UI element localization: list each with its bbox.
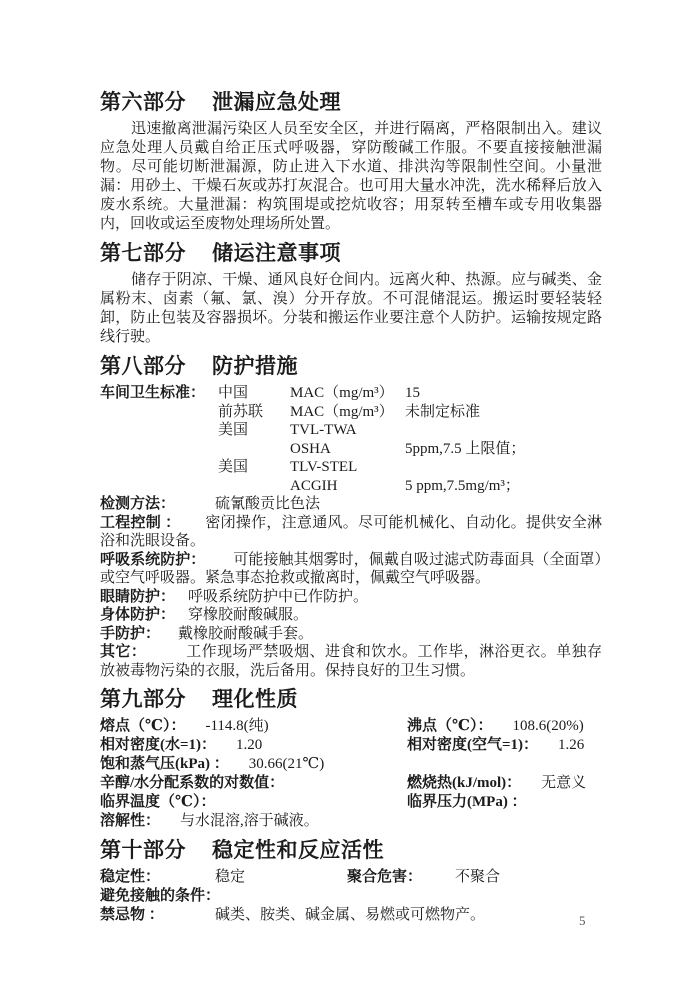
incompatibles-label: 禁忌物 ： <box>100 906 215 925</box>
property-value: 1.20 <box>236 737 262 753</box>
section-8-heading: 第八部分防护措施 <box>100 354 602 378</box>
property-left: 相对密度(水=1)：1.20 <box>100 736 407 755</box>
hygiene-standards-table: 车间卫生标准：中国MAC（mg/m³）15 前苏联MAC（mg/m³）未制定标准… <box>100 384 602 495</box>
property-label: 临界温度（℃）： <box>100 794 215 810</box>
property-value: 与水混溶,溶于碱液。 <box>180 813 319 829</box>
table-row: 美国TLV-STEL <box>100 458 602 477</box>
property-label: 辛醇/水分配系数的对数值： <box>100 775 284 791</box>
standard-cell: OSHA <box>290 440 405 459</box>
field-label: 眼睛防护： <box>100 589 175 605</box>
country-cell: 美国 <box>218 421 290 440</box>
property-row: 辛醇/水分配系数的对数值： 燃烧热(kJ/mol)：无意义 <box>100 774 602 793</box>
property-right: 临界压力(MPa) ： <box>407 793 602 812</box>
value-cell <box>405 421 602 440</box>
property-value: 108.6(20%) <box>512 718 583 734</box>
value-cell: 5ppm,7.5 上限值； <box>405 440 602 459</box>
section-10-heading: 第十部分稳定性和反应活性 <box>100 838 602 862</box>
property-label: 溶解性： <box>100 813 160 829</box>
document-page: 第六部分泄漏应急处理 迅速撤离泄漏污染区人员至安全区，并进行隔离，严格限制出入。… <box>0 0 700 990</box>
country-cell: 前苏联 <box>218 403 290 422</box>
field-other: 其它：工作现场严禁吸烟、进食和饮水。工作毕，淋浴更衣。单独存放被毒物污染的衣服，… <box>100 643 602 680</box>
property-label: 饱和蒸气压(kPa) ： <box>100 756 229 772</box>
property-value: -114.8(纯) <box>205 718 268 734</box>
field-label: 工程控制 ： <box>100 515 180 531</box>
polymerization-value: 不聚合 <box>455 868 602 887</box>
property-value: 1.26 <box>558 737 584 753</box>
field-label: 身体防护： <box>100 607 175 623</box>
section-7-heading: 第七部分储运注意事项 <box>100 241 602 265</box>
field-label: 检测方法： <box>100 496 175 512</box>
value-cell <box>405 458 602 477</box>
row-label <box>100 477 218 496</box>
field-value: 硫氰酸贡比色法 <box>215 496 320 512</box>
property-left: 饱和蒸气压(kPa) ：30.66(21℃) <box>100 755 407 774</box>
country-cell: 美国 <box>218 458 290 477</box>
field-body-protection: 身体防护：穿橡胶耐酸碱服。 <box>100 606 602 625</box>
standard-cell: TLV-STEL <box>290 458 405 477</box>
field-value: 穿橡胶耐酸碱服。 <box>188 607 308 623</box>
section-9-heading: 第九部分理化性质 <box>100 687 602 711</box>
physical-properties-table: 熔点（℃）：-114.8(纯) 沸点（℃）：108.6(20%) 相对密度(水=… <box>100 717 602 831</box>
property-right: 燃烧热(kJ/mol)：无意义 <box>407 774 602 793</box>
field-respiratory-protection: 呼吸系统防护：可能接触其烟雾时，佩戴自吸过滤式防毒面具（全面罩）或空气呼吸器。紧… <box>100 551 602 588</box>
field-detection-method: 检测方法：硫氰酸贡比色法 <box>100 495 602 514</box>
page-content: 第六部分泄漏应急处理 迅速撤离泄漏污染区人员至安全区，并进行隔离，严格限制出入。… <box>100 90 602 925</box>
property-right: 相对密度(空气=1)：1.26 <box>407 736 602 755</box>
value-cell: 15 <box>405 384 602 403</box>
property-left: 溶解性：与水混溶,溶于碱液。 <box>100 812 407 831</box>
section-7-title: 储运注意事项 <box>212 241 341 265</box>
row-label <box>100 421 218 440</box>
field-engineering-control: 工程控制 ：密闭操作，注意通风。尽可能机械化、自动化。提供安全淋浴和洗眼设备。 <box>100 514 602 551</box>
section-6-heading: 第六部分泄漏应急处理 <box>100 90 602 114</box>
table-row: 美国TVL-TWA <box>100 421 602 440</box>
stability-label: 稳定性： <box>100 868 215 887</box>
row-label <box>100 458 218 477</box>
incompatibles-value: 碱类、胺类、碱金属、易燃或可燃物产。 <box>215 906 602 925</box>
property-row: 临界温度（℃）： 临界压力(MPa) ： <box>100 793 602 812</box>
property-left: 临界温度（℃）： <box>100 793 407 812</box>
property-value: 无意义 <box>541 775 586 791</box>
polymerization-label: 聚合危害： <box>347 868 455 887</box>
field-value: 工作现场严禁吸烟、进食和饮水。工作毕，淋浴更衣。单独存放被毒物污染的衣服，洗后备… <box>100 644 602 679</box>
section-9-number: 第九部分 <box>100 687 186 711</box>
row-label <box>100 440 218 459</box>
stability-table: 稳定性：稳定聚合危害：不聚合 避免接触的条件： 禁忌物 ：碱类、胺类、碱金属、易… <box>100 868 602 925</box>
table-row: 前苏联MAC（mg/m³）未制定标准 <box>100 403 602 422</box>
value-cell: 未制定标准 <box>405 403 602 422</box>
avoid-conditions-label: 避免接触的条件： <box>100 887 220 906</box>
property-right <box>407 812 602 831</box>
property-value: 30.66(21℃) <box>249 756 325 772</box>
property-label: 沸点（℃）： <box>407 718 492 734</box>
standard-cell: MAC（mg/m³） <box>290 403 405 422</box>
standard-cell: MAC（mg/m³） <box>290 384 405 403</box>
country-cell <box>218 477 290 496</box>
row-label <box>100 403 218 422</box>
standard-cell: TVL-TWA <box>290 421 405 440</box>
field-label: 手防护： <box>100 626 160 642</box>
field-value: 呼吸系统防护中已作防护。 <box>188 589 368 605</box>
section-8-title: 防护措施 <box>212 354 298 378</box>
property-label: 燃烧热(kJ/mol)： <box>407 775 521 791</box>
property-row: 熔点（℃）：-114.8(纯) 沸点（℃）：108.6(20%) <box>100 717 602 736</box>
section-8-number: 第八部分 <box>100 354 186 378</box>
property-label: 相对密度(空气=1)： <box>407 737 538 753</box>
property-right: 沸点（℃）：108.6(20%) <box>407 717 602 736</box>
incompatibles-row: 禁忌物 ：碱类、胺类、碱金属、易燃或可燃物产。 <box>100 906 602 925</box>
property-right <box>407 755 602 774</box>
property-left: 辛醇/水分配系数的对数值： <box>100 774 407 793</box>
property-row: 溶解性：与水混溶,溶于碱液。 <box>100 812 602 831</box>
field-label: 呼吸系统防护： <box>100 552 205 568</box>
value-cell: 5 ppm,7.5mg/m³； <box>405 477 602 496</box>
property-label: 相对密度(水=1)： <box>100 737 216 753</box>
property-row: 相对密度(水=1)：1.20 相对密度(空气=1)：1.26 <box>100 736 602 755</box>
field-hand-protection: 手防护：戴橡胶耐酸碱手套。 <box>100 625 602 644</box>
page-number: 5 <box>579 913 586 929</box>
section-10-number: 第十部分 <box>100 838 186 862</box>
field-value: 戴橡胶耐酸碱手套。 <box>178 626 313 642</box>
section-10-title: 稳定性和反应活性 <box>212 838 384 862</box>
property-label: 熔点（℃）： <box>100 718 185 734</box>
table-row: 车间卫生标准：中国MAC（mg/m³）15 <box>100 384 602 403</box>
section-7-paragraph: 储存于阴凉、干燥、通风良好仓间内。远离火种、热源。应与碱类、金属粉末、卤素（氟、… <box>100 271 602 347</box>
standard-cell: ACGIH <box>290 477 405 496</box>
country-cell: 中国 <box>218 384 290 403</box>
stability-value: 稳定 <box>215 868 347 887</box>
row-label: 车间卫生标准： <box>100 384 218 403</box>
section-6-title: 泄漏应急处理 <box>212 90 341 114</box>
property-row: 饱和蒸气压(kPa) ：30.66(21℃) <box>100 755 602 774</box>
stability-row: 稳定性：稳定聚合危害：不聚合 <box>100 868 602 887</box>
section-6-paragraph: 迅速撤离泄漏污染区人员至安全区，并进行隔离，严格限制出入。建议应急处理人员戴自给… <box>100 120 602 234</box>
property-label: 临界压力(MPa) ： <box>407 794 527 810</box>
section-7-number: 第七部分 <box>100 241 186 265</box>
country-cell <box>218 440 290 459</box>
property-left: 熔点（℃）：-114.8(纯) <box>100 717 407 736</box>
section-9-title: 理化性质 <box>212 687 298 711</box>
avoid-conditions-row: 避免接触的条件： <box>100 887 602 906</box>
table-row: ACGIH5 ppm,7.5mg/m³； <box>100 477 602 496</box>
table-row: OSHA5ppm,7.5 上限值； <box>100 440 602 459</box>
section-6-number: 第六部分 <box>100 90 186 114</box>
field-label: 其它： <box>100 644 146 660</box>
field-eye-protection: 眼睛防护：呼吸系统防护中已作防护。 <box>100 588 602 607</box>
